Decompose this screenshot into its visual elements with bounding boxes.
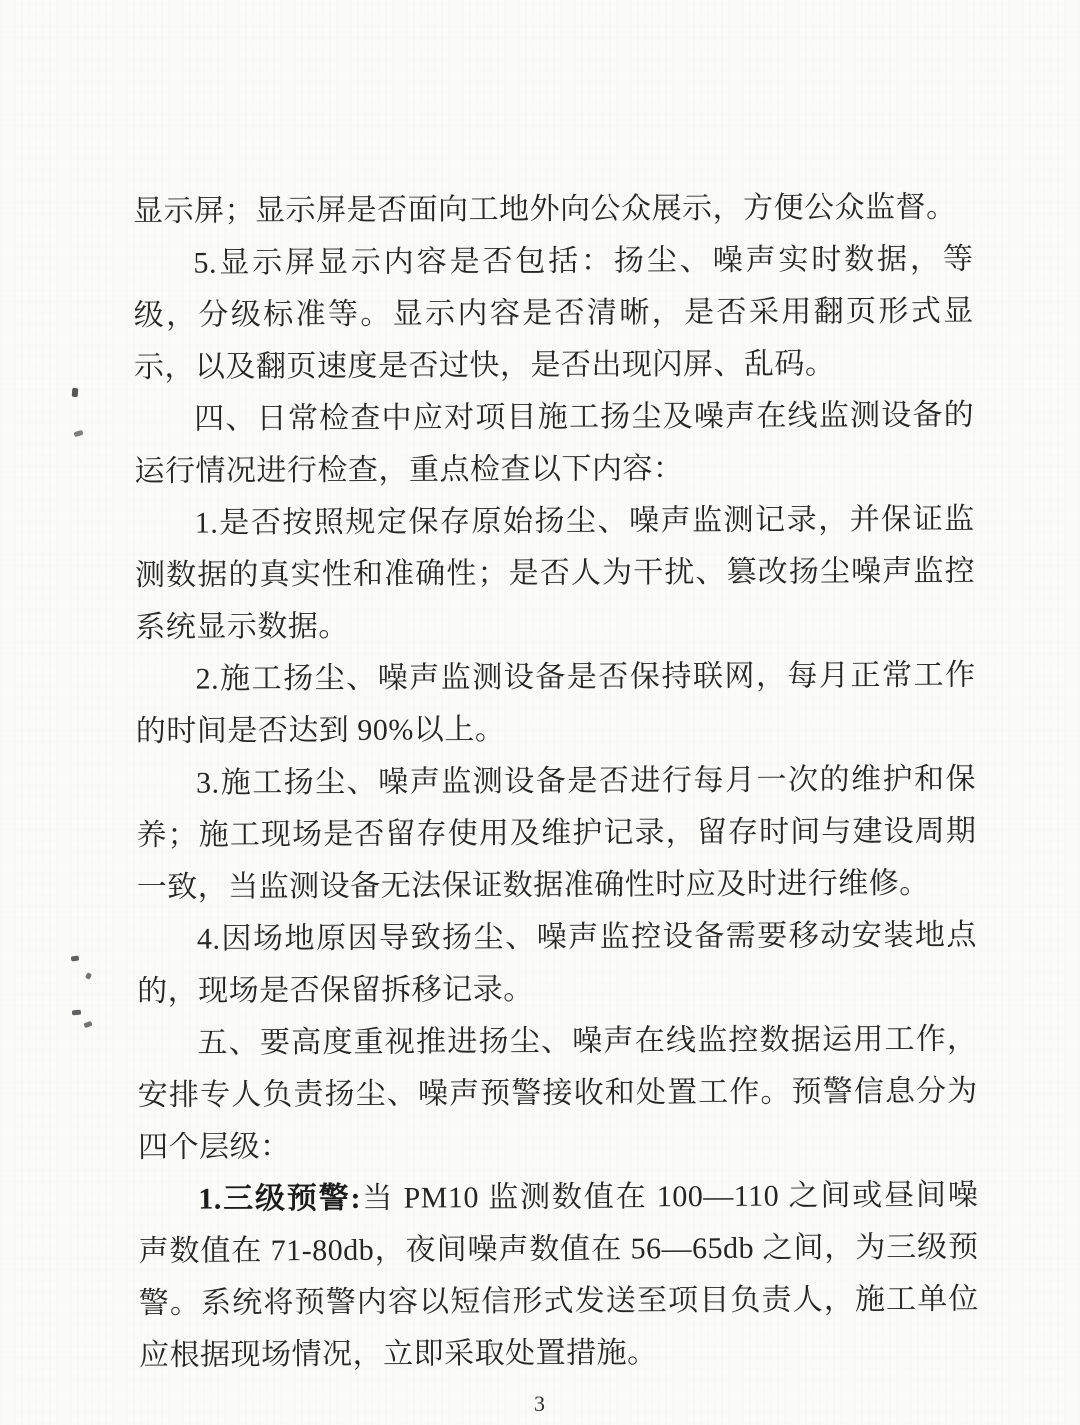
ink-speck xyxy=(72,1010,81,1016)
page-footer: 3 xyxy=(0,1391,1080,1417)
paragraph: 4.因场地原因导致扬尘、噪声监控设备需要移动安装地点的，现场是否保留拆移记录。 xyxy=(137,910,978,1018)
paragraph: 四、日常检查中应对项目施工扬尘及噪声在线监测设备的运行情况进行检查，重点检查以下… xyxy=(134,390,975,498)
paragraph: 五、要高度重视推进扬尘、噪声在线监控数据运用工作，安排专人负责扬尘、噪声预警接收… xyxy=(137,1014,978,1174)
scanned-document-page: 显示屏；显示屏是否面向工地外向公众展示，方便公众监督。5.显示屏显示内容是否包括… xyxy=(0,0,1080,1425)
ink-speck xyxy=(72,388,79,397)
paragraph: 1.是否按照规定保存原始扬尘、噪声监测记录，并保证监测数据的真实性和准确性；是否… xyxy=(135,494,976,654)
paragraph: 5.显示屏显示内容是否包括：扬尘、噪声实时数据，等级，分级标准等。显示内容是否清… xyxy=(133,234,974,394)
ink-speck xyxy=(71,955,80,961)
ink-speck xyxy=(73,430,83,438)
text-run: 显示屏；显示屏是否面向工地外向公众展示，方便公众监督。 xyxy=(133,191,957,228)
bold-text-run: 1.三级预警: xyxy=(198,1182,361,1216)
text-run: 5.显示屏显示内容是否包括：扬尘、噪声实时数据，等级，分级标准等。显示内容是否清… xyxy=(134,243,974,384)
text-run: 2.施工扬尘、噪声监测设备是否保持联网，每月正常工作的时间是否达到 90%以上。 xyxy=(136,659,976,748)
paragraph: 1.三级预警:当 PM10 监测数值在 100—110 之间或昼间噪声数值在 7… xyxy=(138,1170,979,1382)
text-run: 四、日常检查中应对项目施工扬尘及噪声在线监测设备的运行情况进行检查，重点检查以下… xyxy=(134,399,974,488)
paragraph: 显示屏；显示屏是否面向工地外向公众展示，方便公众监督。 xyxy=(133,182,973,238)
page-number: 3 xyxy=(534,1391,546,1416)
text-run: 4.因场地原因导致扬尘、噪声监控设备需要移动安装地点的，现场是否保留拆移记录。 xyxy=(137,919,977,1008)
ink-speck xyxy=(83,1021,92,1028)
paragraph: 3.施工扬尘、噪声监测设备是否进行每月一次的维护和保养；施工现场是否留存使用及维… xyxy=(136,754,977,914)
text-run: 五、要高度重视推进扬尘、噪声在线监控数据运用工作，安排专人负责扬尘、噪声预警接收… xyxy=(138,1023,978,1164)
paragraph: 2.施工扬尘、噪声监测设备是否保持联网，每月正常工作的时间是否达到 90%以上。 xyxy=(135,650,976,758)
document-body: 显示屏；显示屏是否面向工地外向公众展示，方便公众监督。5.显示屏显示内容是否包括… xyxy=(133,182,979,1382)
text-run: 1.是否按照规定保存原始扬尘、噪声监测记录，并保证监测数据的真实性和准确性；是否… xyxy=(135,503,975,644)
text-run: 3.施工扬尘、噪声监测设备是否进行每月一次的维护和保养；施工现场是否留存使用及维… xyxy=(136,763,976,904)
ink-speck xyxy=(85,972,92,980)
